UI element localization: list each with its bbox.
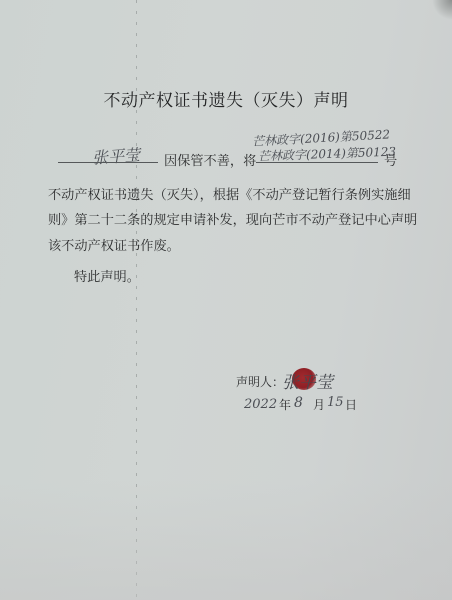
closing-statement: 特此声明。 — [74, 266, 140, 285]
body-line-1-end: 号 — [384, 150, 397, 169]
month-suffix: 月 — [313, 396, 325, 413]
day-suffix: 日 — [345, 396, 357, 413]
date-month: 8 — [294, 395, 303, 411]
date-year: 2022 — [244, 397, 277, 412]
body-line-3: 则》第二十二条的规定申请补发，现向芒市不动产登记中心声明 — [48, 209, 417, 228]
year-suffix: 年 — [279, 396, 291, 413]
body-line-4: 该不动产权证书作废。 — [48, 235, 180, 254]
handwritten-name: 张平莹 — [91, 142, 141, 168]
corner-shadow — [432, 0, 452, 20]
document-title: 不动产权证书遗失（灭失）声明 — [0, 86, 452, 111]
paper-shade — [0, 480, 452, 600]
handwritten-signature: 张平莹 — [282, 368, 333, 393]
date-day: 15 — [327, 395, 344, 410]
name-underline — [58, 162, 158, 163]
declarant-label: 声明人： — [236, 373, 284, 390]
cert-number-underline — [256, 162, 378, 163]
body-line-1-middle: 因保管不善，将 — [164, 150, 256, 169]
body-line-2: 不动产权证书遗失（灭失），根据《不动产登记暂行条例实施细 — [48, 184, 411, 203]
